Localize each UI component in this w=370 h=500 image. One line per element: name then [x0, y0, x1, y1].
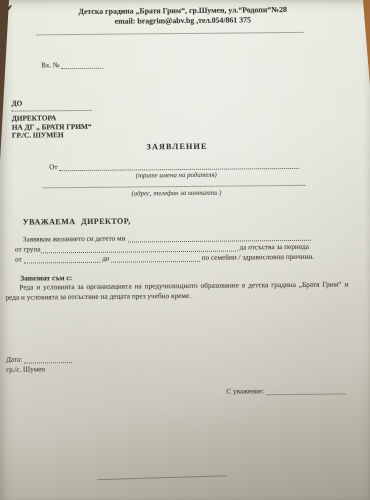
acknowledge-paragraph: Реда и условията за организацията на пре…	[5, 279, 348, 302]
dotted-line	[12, 110, 92, 112]
absence-period-text: да отсъства за периода	[240, 243, 310, 252]
addressee-to: ДО	[12, 99, 122, 109]
from-label: От	[49, 163, 57, 171]
dotted-line	[24, 356, 72, 363]
registration-number-line: Вх. №	[41, 61, 103, 70]
paper-sheet: Детска градина „Братя Грим“, гр.Шумен, у…	[0, 0, 370, 500]
date-to-label: до	[102, 255, 109, 263]
signature-line: С уважение:	[226, 386, 345, 395]
pen-mark	[5, 4, 15, 16]
city-line: гр./с. Шумен	[6, 365, 45, 373]
addressee-city: ГР./С. ШУМЕН	[12, 131, 122, 141]
date-label: Дата:	[6, 356, 22, 364]
dotted-line	[42, 185, 305, 189]
dotted-line	[40, 244, 237, 253]
body-line-group: от група да отсъства за периода	[15, 243, 309, 254]
dotted-line	[61, 62, 103, 69]
body-line-dates: от до по семейни / здравословни причини.	[15, 253, 314, 264]
salutation: УВАЖАЕМА ДИРЕКТОР,	[23, 217, 131, 227]
date-line: Дата:	[6, 355, 72, 364]
dotted-line	[111, 255, 199, 263]
body-line-child: Заявявам желанието си детето ми	[23, 233, 311, 244]
date-from-label: от	[15, 256, 22, 264]
group-label: от група	[15, 245, 41, 253]
parent-name-hint: (трите имена на родителя)	[0, 170, 353, 180]
dotted-line	[24, 256, 101, 264]
document-title: ЗАЯВЛЕНИЕ	[0, 140, 355, 152]
header-divider-line	[36, 32, 304, 36]
form-content: Детска градина „Братя Грим“, гр.Шумен, у…	[0, 0, 370, 500]
paper-bottom-edge-line	[97, 475, 227, 480]
reasons-text: по семейни / здравословни причини.	[202, 253, 314, 262]
dotted-line	[266, 387, 345, 395]
address-phone-hint: (адрес, телефон за контакти )	[0, 188, 353, 198]
document-header: Детска градина „Братя Грим“, гр.Шумен, у…	[28, 5, 338, 28]
header-line-contact: email: bragrim@abv.bg ,тел.054/861 375	[28, 15, 338, 28]
signature-label: С уважение:	[226, 387, 264, 395]
addressee-block: ДО ДИРЕКТОРА НА ДГ „ БРАТЯ ГРИМ“ ГР./С. …	[12, 99, 122, 141]
registration-number-label: Вх. №	[41, 61, 59, 69]
dotted-line	[127, 234, 311, 243]
from-line: От	[49, 161, 299, 171]
body-line-child-text: Заявявам желанието си детето ми	[23, 235, 126, 244]
dotted-line	[60, 162, 300, 171]
